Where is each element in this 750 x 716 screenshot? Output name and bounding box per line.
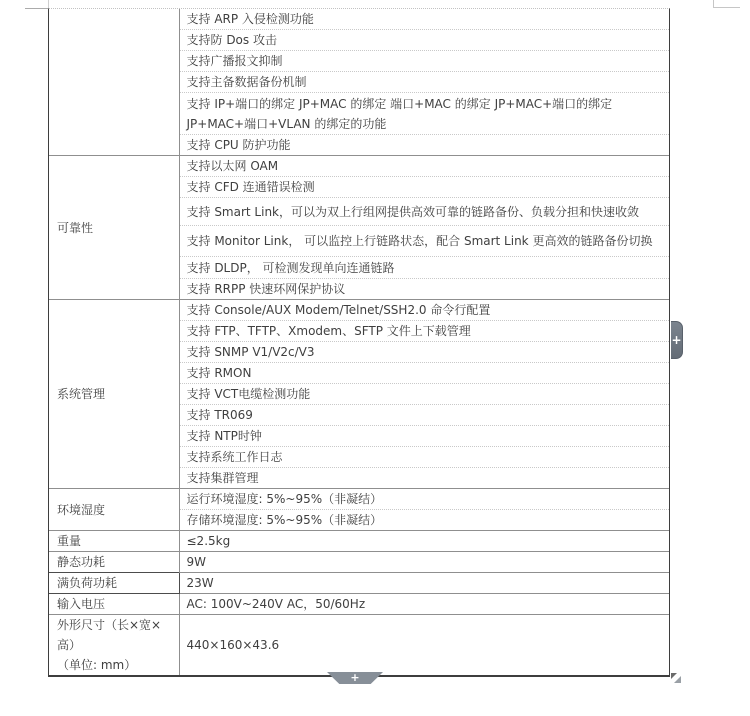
cropped-row-border-left xyxy=(25,8,48,9)
spec-value-cell: 支持主备数据备份机制 xyxy=(179,72,669,93)
spec-value-cell: AC: 100V~240V AC，50/60Hz xyxy=(179,594,669,615)
spec-value-cell: 支持 VCT电缆检测功能 xyxy=(179,384,669,405)
spec-table-body: 支持 ARP 入侵检测功能支持防 Dos 攻击支持广播报文抑制支持主备数据备份机… xyxy=(49,9,669,675)
spec-value-cell: 支持 RMON xyxy=(179,363,669,384)
spec-value-cell: 支持系统工作日志 xyxy=(179,447,669,468)
spec-value-cell: 支持 DLDP， 可检测发现单向连通链路 xyxy=(179,257,669,279)
table-row: 外形尺寸（长×宽×高） （单位: mm）440×160×43.6 xyxy=(49,615,669,676)
table-row: 环境湿度运行环境湿度: 5%~95%（非凝结） xyxy=(49,489,669,510)
spec-value-cell: 支持防 Dos 攻击 xyxy=(179,30,669,51)
spec-value-cell: 支持 IP+端口的绑定 JP+MAC 的绑定 端口+MAC 的绑定 JP+MAC… xyxy=(179,93,669,135)
spec-category-cell: 静态功耗 xyxy=(49,552,179,573)
table-row: 可靠性支持以太网 OAM xyxy=(49,156,669,177)
spec-value-cell: 支持 SNMP V1/V2c/V3 xyxy=(179,342,669,363)
spec-value-cell: 9W xyxy=(179,552,669,573)
cropped-column-border xyxy=(48,0,49,8)
table-row: 支持 ARP 入侵检测功能 xyxy=(49,9,669,30)
add-row-button[interactable]: + xyxy=(327,672,383,684)
add-column-button[interactable]: + xyxy=(671,321,683,359)
spec-category-cell: 可靠性 xyxy=(49,156,179,300)
table-row: 系统管理支持 Console/AUX Modem/Telnet/SSH2.0 命… xyxy=(49,300,669,321)
spec-value-cell: 存储环境湿度: 5%~95%（非凝结） xyxy=(179,510,669,531)
spec-value-cell: 支持 Smart Link，可以为双上行组网提供高效可靠的链路备份、负载分担和快… xyxy=(179,198,669,226)
spec-category-cell xyxy=(49,9,179,156)
spec-value-cell: 支持 RRPP 快速环网保护协议 xyxy=(179,279,669,300)
table-row: 重量≤2.5kg xyxy=(49,531,669,552)
spec-value-cell: 支持 TR069 xyxy=(179,405,669,426)
spec-value-cell: 支持以太网 OAM xyxy=(179,156,669,177)
spec-category-cell: 环境湿度 xyxy=(49,489,179,531)
spec-value-cell: 支持 CFD 连通错误检测 xyxy=(179,177,669,198)
spec-category-cell: 外形尺寸（长×宽×高） （单位: mm） xyxy=(49,615,179,676)
spec-value-cell: 支持 Monitor Link， 可以监控上行链路状态，配合 Smart Lin… xyxy=(179,226,669,257)
spec-value-cell: 23W xyxy=(179,573,669,594)
spec-value-cell: 支持 Console/AUX Modem/Telnet/SSH2.0 命令行配置 xyxy=(179,300,669,321)
spec-category-cell: 输入电压 xyxy=(49,594,179,615)
spec-value-cell: 440×160×43.6 xyxy=(179,615,669,676)
spec-category-cell: 重量 xyxy=(49,531,179,552)
table-resize-handle-icon[interactable] xyxy=(669,671,683,685)
spec-value-cell: ≤2.5kg xyxy=(179,531,669,552)
spec-value-cell: 支持广播报文抑制 xyxy=(179,51,669,72)
table-row: 静态功耗9W xyxy=(49,552,669,573)
spec-category-cell: 系统管理 xyxy=(49,300,179,489)
spec-category-cell: 满负荷功耗 xyxy=(49,573,179,594)
table-row: 满负荷功耗23W xyxy=(49,573,669,594)
spec-value-cell: 支持 NTP时钟 xyxy=(179,426,669,447)
table-row: 输入电压AC: 100V~240V AC，50/60Hz xyxy=(49,594,669,615)
spec-value-cell: 支持 FTP、TFTP、Xmodem、SFTP 文件上下载管理 xyxy=(179,321,669,342)
spec-table: 支持 ARP 入侵检测功能支持防 Dos 攻击支持广播报文抑制支持主备数据备份机… xyxy=(48,8,670,677)
spec-value-cell: 支持集群管理 xyxy=(179,468,669,489)
spec-value-cell: 支持 CPU 防护功能 xyxy=(179,135,669,156)
cropped-frame-corner xyxy=(713,0,740,8)
spec-value-cell: 运行环境湿度: 5%~95%（非凝结） xyxy=(179,489,669,510)
spec-value-cell: 支持 ARP 入侵检测功能 xyxy=(179,9,669,30)
